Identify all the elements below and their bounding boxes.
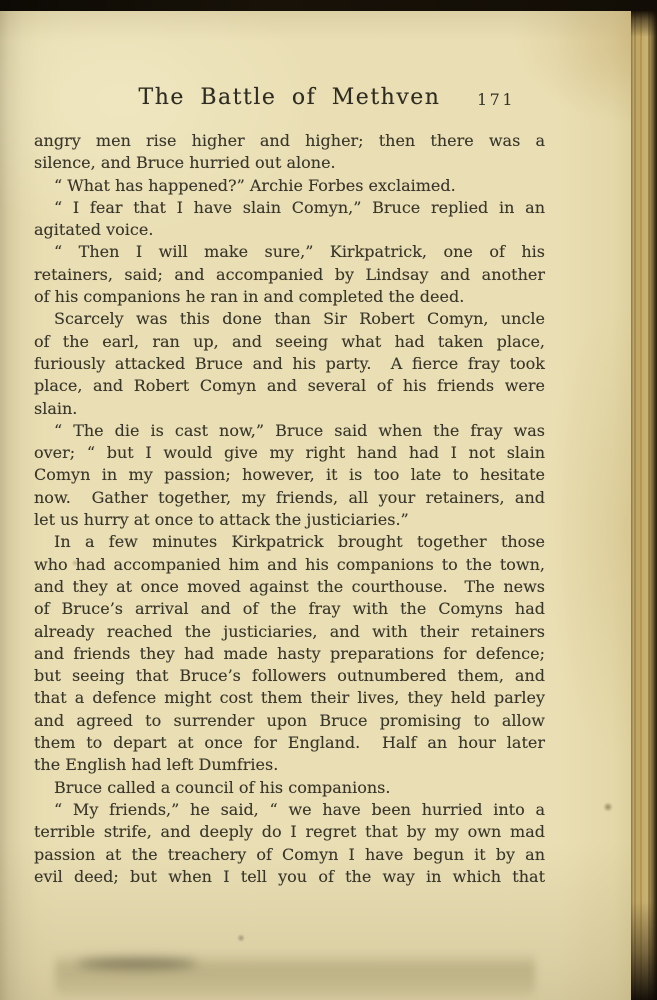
text-line: the English had left Dumfries. xyxy=(34,754,545,776)
text-line: but seeing that Bruce’s followers outnum… xyxy=(34,665,545,687)
paragraph: “ Then I will make sure,” Kirkpatrick, o… xyxy=(34,241,545,308)
paragraph: “ What has happened?” Archie Forbes excl… xyxy=(34,175,545,197)
text-line: Scarcely was this done than Sir Robert C… xyxy=(34,308,545,330)
text-line: slain. xyxy=(34,398,545,420)
text-line: evil deed; but when I tell you of the wa… xyxy=(34,866,545,888)
text-line: silence, and Bruce hurried out alone. xyxy=(34,152,545,174)
text-line: Comyn in my passion; however, it is too … xyxy=(34,464,545,486)
running-title: The Battle of Methven xyxy=(34,85,545,110)
text-line: over; “ but I would give my right hand h… xyxy=(34,442,545,464)
text-line: passion at the treachery of Comyn I have… xyxy=(34,844,545,866)
book-photo: The Battle of Methven 171 angry men rise… xyxy=(0,0,657,1000)
text-line: place, and Robert Comyn and several of h… xyxy=(34,375,545,397)
text-line: already reached the justiciaries, and wi… xyxy=(34,621,545,643)
text-line: now. Gather together, my friends, all yo… xyxy=(34,487,545,509)
text-line: and friends they had made hasty preparat… xyxy=(34,643,545,665)
text-line: them to depart at once for England. Half… xyxy=(34,732,545,754)
page-number: 171 xyxy=(477,90,515,109)
text-line: Bruce called a council of his companions… xyxy=(34,777,545,799)
text-line: and agreed to surrender upon Bruce promi… xyxy=(34,710,545,732)
text-line: furiously attacked Bruce and his party. … xyxy=(34,353,545,375)
text-line: retainers, said; and accompanied by Lind… xyxy=(34,264,545,286)
text-line: “ Then I will make sure,” Kirkpatrick, o… xyxy=(34,241,545,263)
photo-smudge-blur xyxy=(55,952,535,996)
backdrop-top-edge xyxy=(0,0,657,11)
text-line: and they at once moved against the court… xyxy=(34,576,545,598)
text-line: that a defence might cost them their liv… xyxy=(34,687,545,709)
paragraph: Scarcely was this done than Sir Robert C… xyxy=(34,308,545,419)
paragraph: angry men rise higher and higher; then t… xyxy=(34,130,545,175)
text-line: who had accompanied him and his companio… xyxy=(34,554,545,576)
text-line: “ My friends,” he said, “ we have been h… xyxy=(34,799,545,821)
text-line: of the earl, ran up, and seeing what had… xyxy=(34,331,545,353)
paragraph: “ I fear that I have slain Comyn,” Bruce… xyxy=(34,197,545,242)
text-line: angry men rise higher and higher; then t… xyxy=(34,130,545,152)
text-line: “ What has happened?” Archie Forbes excl… xyxy=(34,175,545,197)
paragraph: “ The die is cast now,” Bruce said when … xyxy=(34,420,545,531)
text-block: angry men rise higher and higher; then t… xyxy=(34,130,545,888)
text-line: “ The die is cast now,” Bruce said when … xyxy=(34,420,545,442)
text-line: let us hurry at once to attack the justi… xyxy=(34,509,545,531)
smudge-dark-streak xyxy=(77,958,197,969)
book-page: The Battle of Methven 171 angry men rise… xyxy=(0,11,631,1000)
text-line: of Bruce’s arrival and of the fray with … xyxy=(34,598,545,620)
paragraph: In a few minutes Kirkpatrick brought tog… xyxy=(34,531,545,776)
text-line: of his companions he ran in and complete… xyxy=(34,286,545,308)
text-line: In a few minutes Kirkpatrick brought tog… xyxy=(34,531,545,553)
text-line: terrible strife, and deeply do I regret … xyxy=(34,821,545,843)
text-line: agitated voice. xyxy=(34,219,545,241)
page-header: The Battle of Methven 171 xyxy=(34,85,545,121)
page-edges-right xyxy=(631,11,657,1000)
paragraph: Bruce called a council of his companions… xyxy=(34,777,545,799)
text-line: “ I fear that I have slain Comyn,” Bruce… xyxy=(34,197,545,219)
paragraph: “ My friends,” he said, “ we have been h… xyxy=(34,799,545,888)
